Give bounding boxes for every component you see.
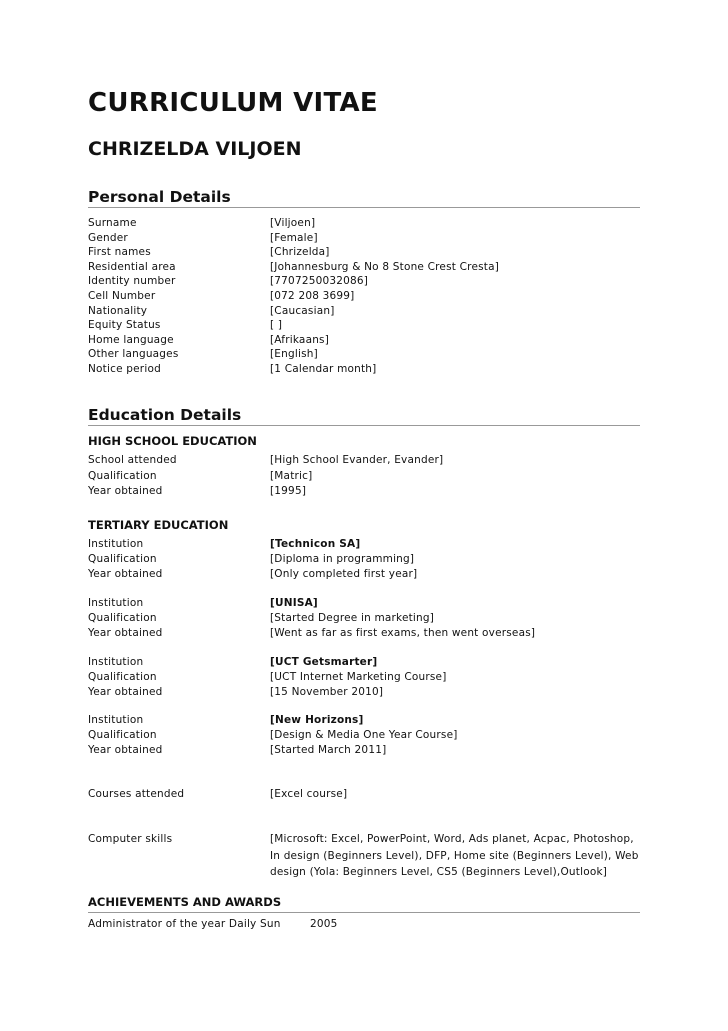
- row-value: [15 November 2010]: [270, 685, 383, 700]
- row-value: [UCT Getsmarter]: [270, 655, 377, 670]
- computer-skills-value: [Microsoft: Excel, PowerPoint, Word, Ads…: [270, 831, 640, 881]
- award-label: Administrator of the year Daily Sun: [88, 918, 281, 930]
- table-row: Year obtained[Only completed first year]: [88, 567, 648, 582]
- row-label: Institution: [88, 596, 143, 611]
- table-row: Surname[Viljoen]: [88, 216, 648, 231]
- row-value: [Chrizelda]: [270, 245, 330, 260]
- table-row: Institution[Technicon SA]: [88, 537, 648, 552]
- row-value: [7707250032086]: [270, 274, 368, 289]
- table-row: Other languages[English]: [88, 347, 648, 362]
- row-value: [UCT Internet Marketing Course]: [270, 670, 447, 685]
- education-details-heading: Education Details: [88, 406, 640, 426]
- row-label: Qualification: [88, 552, 157, 567]
- row-value: [Only completed first year]: [270, 567, 417, 582]
- table-row: Equity Status[ ]: [88, 318, 648, 333]
- personal-details-heading: Personal Details: [88, 188, 640, 208]
- row-value: [Female]: [270, 231, 318, 246]
- table-row: Identity number[7707250032086]: [88, 274, 648, 289]
- award-item: Administrator of the year Daily Sun 2005: [88, 918, 281, 930]
- row-value: [Afrikaans]: [270, 333, 329, 348]
- row-value: [Viljoen]: [270, 216, 315, 231]
- row-label: Surname: [88, 216, 137, 231]
- row-label: Year obtained: [88, 484, 163, 499]
- row-value: [High School Evander, Evander]: [270, 453, 443, 468]
- row-label: Notice period: [88, 362, 161, 377]
- row-value: [1995]: [270, 484, 306, 499]
- table-row: Qualification[Matric]: [88, 469, 648, 484]
- table-row: Year obtained[1995]: [88, 484, 648, 499]
- table-row: Qualification[Design & Media One Year Co…: [88, 728, 648, 743]
- award-year: 2005: [310, 918, 338, 930]
- row-value: [ ]: [270, 318, 282, 333]
- table-row: Year obtained[Went as far as first exams…: [88, 626, 648, 641]
- row-label: First names: [88, 245, 151, 260]
- row-label: Identity number: [88, 274, 176, 289]
- courses-label: Courses attended: [88, 787, 184, 802]
- row-value: [Went as far as first exams, then went o…: [270, 626, 535, 641]
- row-label: Year obtained: [88, 626, 163, 641]
- row-value: [072 208 3699]: [270, 289, 354, 304]
- row-label: Gender: [88, 231, 128, 246]
- table-row: Qualification[UCT Internet Marketing Cou…: [88, 670, 648, 685]
- row-label: Institution: [88, 655, 143, 670]
- courses-row: Courses attended [Excel course]: [88, 787, 648, 802]
- row-value: [Started March 2011]: [270, 743, 386, 758]
- computer-skills-label: Computer skills: [88, 832, 172, 847]
- table-row: Residential area[Johannesburg & No 8 Sto…: [88, 260, 648, 275]
- tertiary-heading: TERTIARY EDUCATION: [88, 518, 228, 532]
- row-label: Year obtained: [88, 743, 163, 758]
- row-value: [Johannesburg & No 8 Stone Crest Cresta]: [270, 260, 499, 275]
- row-value: [Technicon SA]: [270, 537, 360, 552]
- candidate-name: CHRIZELDA VILJOEN: [88, 138, 301, 160]
- row-label: Qualification: [88, 728, 157, 743]
- row-value: [Design & Media One Year Course]: [270, 728, 458, 743]
- row-label: Institution: [88, 713, 143, 728]
- row-label: Residential area: [88, 260, 176, 275]
- row-value: [Diploma in programming]: [270, 552, 414, 567]
- row-value: [English]: [270, 347, 318, 362]
- table-row: Year obtained[15 November 2010]: [88, 685, 648, 700]
- table-row: Institution[New Horizons]: [88, 713, 648, 728]
- row-value: [Caucasian]: [270, 304, 335, 319]
- table-row: Cell Number[072 208 3699]: [88, 289, 648, 304]
- row-label: Year obtained: [88, 685, 163, 700]
- table-row: First names[Chrizelda]: [88, 245, 648, 260]
- row-label: School attended: [88, 453, 177, 468]
- row-value: [UNISA]: [270, 596, 318, 611]
- table-row: Institution[UCT Getsmarter]: [88, 655, 648, 670]
- table-row: School attended[High School Evander, Eva…: [88, 453, 648, 468]
- row-value: [New Horizons]: [270, 713, 364, 728]
- table-row: Gender[Female]: [88, 231, 648, 246]
- row-label: Qualification: [88, 670, 157, 685]
- row-label: Institution: [88, 537, 143, 552]
- row-label: Cell Number: [88, 289, 155, 304]
- row-label: Year obtained: [88, 567, 163, 582]
- row-label: Home language: [88, 333, 174, 348]
- table-row: Home language[Afrikaans]: [88, 333, 648, 348]
- table-row: Nationality[Caucasian]: [88, 304, 648, 319]
- row-label: Qualification: [88, 611, 157, 626]
- table-row: Qualification[Diploma in programming]: [88, 552, 648, 567]
- courses-value: [Excel course]: [270, 787, 347, 802]
- row-value: [1 Calendar month]: [270, 362, 376, 377]
- high-school-heading: HIGH SCHOOL EDUCATION: [88, 434, 257, 448]
- row-label: Other languages: [88, 347, 179, 362]
- table-row: Notice period[1 Calendar month]: [88, 362, 648, 377]
- row-label: Nationality: [88, 304, 147, 319]
- achievements-heading: ACHIEVEMENTS AND AWARDS: [88, 895, 640, 913]
- table-row: Qualification[Started Degree in marketin…: [88, 611, 648, 626]
- table-row: Institution[UNISA]: [88, 596, 648, 611]
- table-row: Year obtained[Started March 2011]: [88, 743, 648, 758]
- row-label: Qualification: [88, 469, 157, 484]
- row-label: Equity Status: [88, 318, 161, 333]
- row-value: [Matric]: [270, 469, 312, 484]
- document-title: CURRICULUM VITAE: [88, 88, 378, 118]
- row-value: [Started Degree in marketing]: [270, 611, 434, 626]
